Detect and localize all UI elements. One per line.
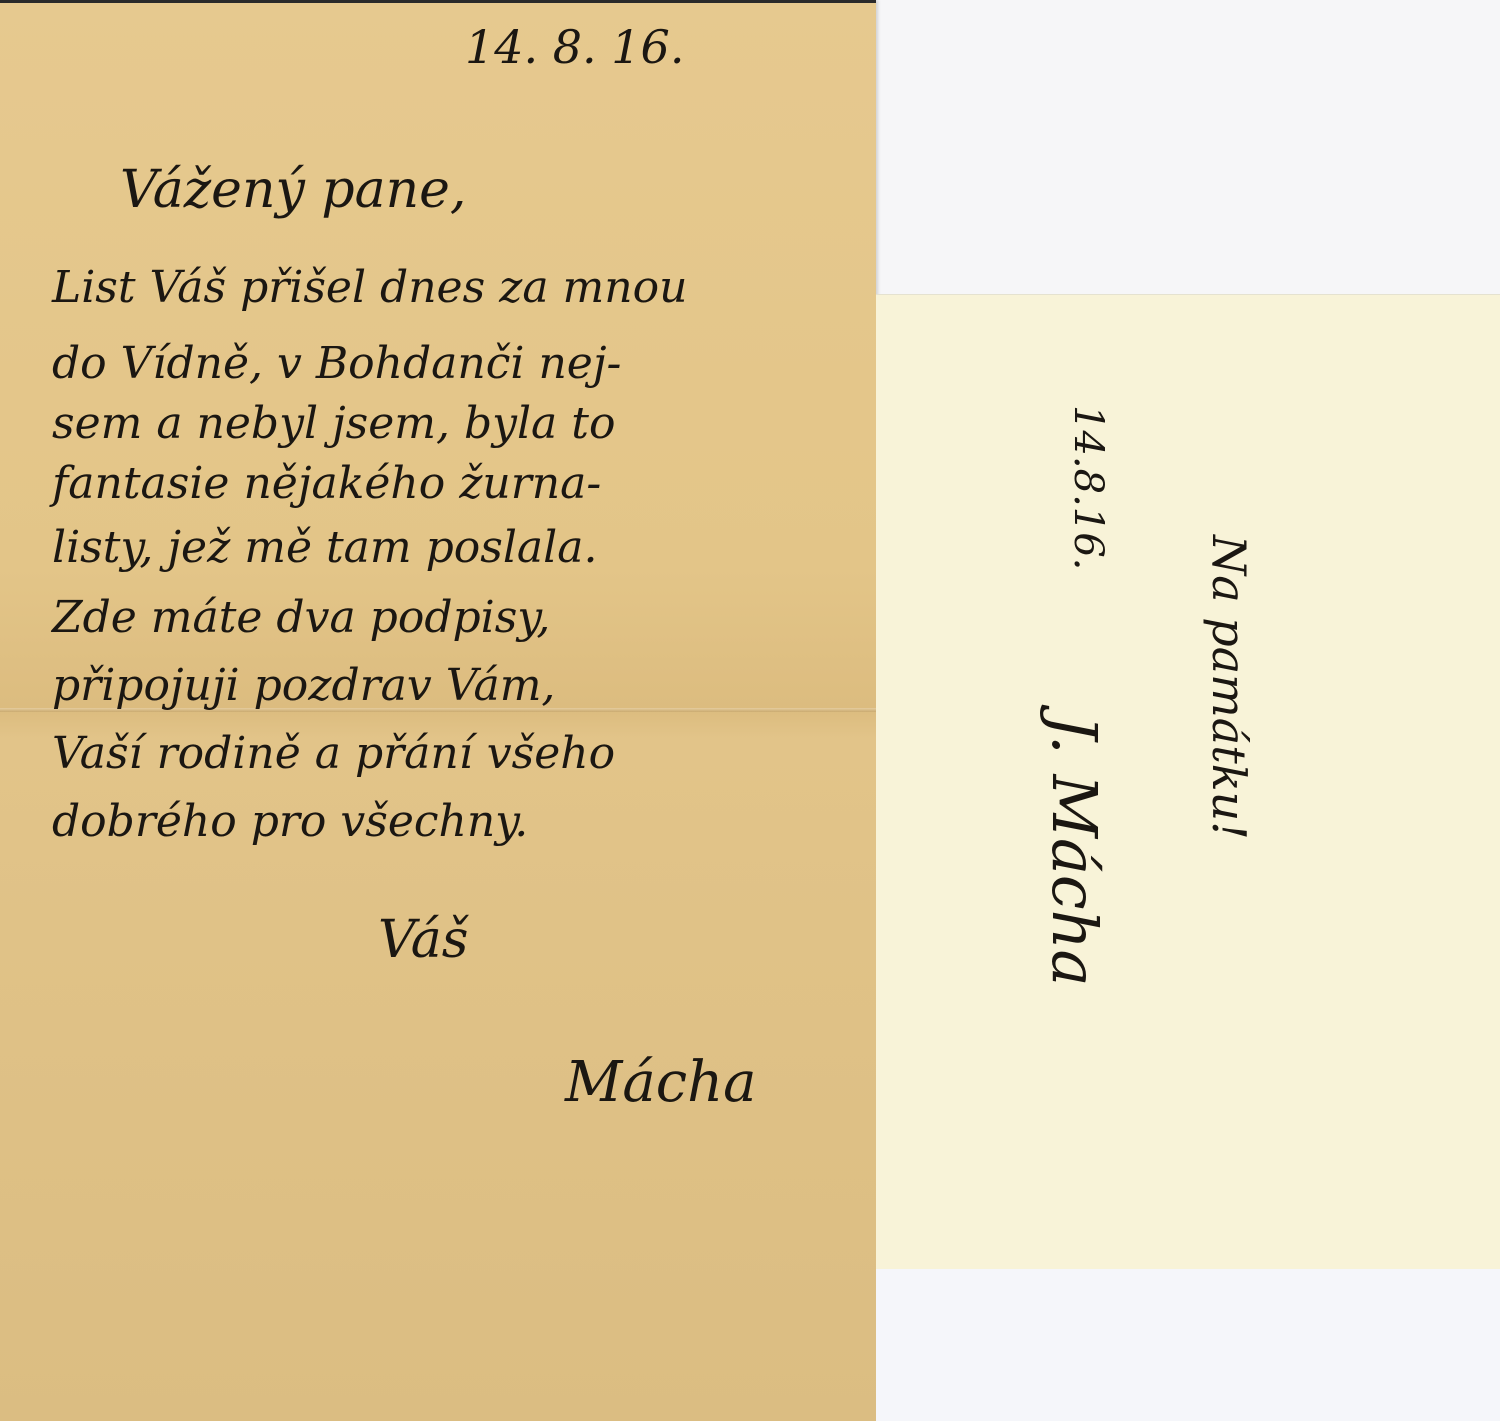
letter-line: Zde máte dva podpisy, xyxy=(52,592,550,643)
letter-line: Vaší rodině a přání všeho xyxy=(52,728,615,779)
letter-line: připojuji pozdrav Vám, xyxy=(52,660,555,711)
letter-line: do Vídně, v Bohdanči nej- xyxy=(52,338,621,389)
letter-line: sem a nebyl jsem, byla to xyxy=(52,398,615,449)
letter-signature: Mácha xyxy=(565,1050,757,1115)
letter-page: 14. 8. 16. Vážený pane, List Váš přišel … xyxy=(0,0,876,1421)
letter-line: dobrého pro všechny. xyxy=(52,796,528,847)
card-signature: J. Mácha xyxy=(1038,715,1111,987)
letter-line: fantasie nějakého žurna- xyxy=(52,458,601,509)
letter-closing: Váš xyxy=(378,910,468,970)
scanner-background xyxy=(876,1269,1500,1421)
card-date: 14.8.16. xyxy=(1065,405,1111,570)
letter-line: List Váš přišel dnes za mnou xyxy=(52,262,687,313)
letter-salutation: Vážený pane, xyxy=(120,160,466,220)
card-note: Na památku! xyxy=(1202,535,1256,840)
letter-line: listy, jež mě tam poslala. xyxy=(52,522,597,573)
autograph-card: Na památku! 14.8.16. J. Mácha xyxy=(876,294,1500,1270)
letter-date: 14. 8. 16. xyxy=(465,20,684,74)
